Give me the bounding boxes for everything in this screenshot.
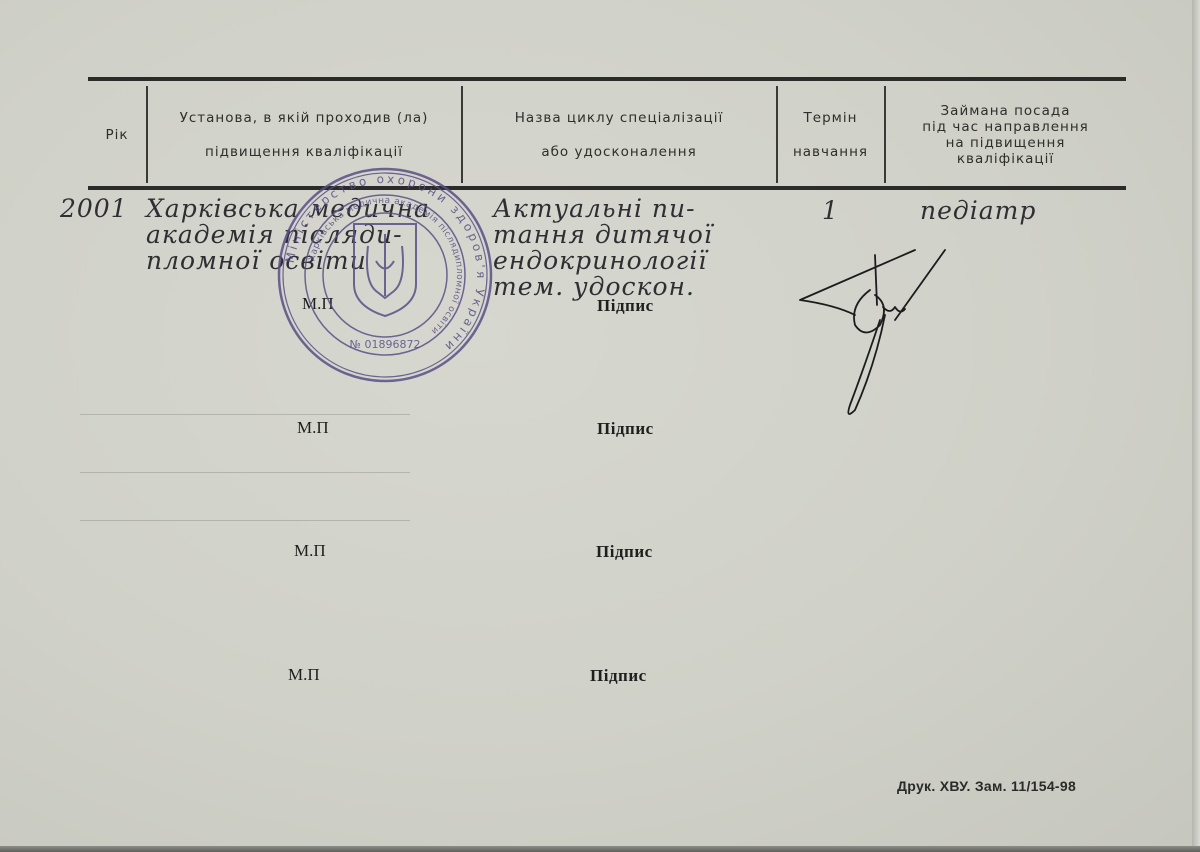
header-position-line4: кваліфікації <box>957 151 1054 167</box>
table-bottom-rule <box>88 186 1126 190</box>
header-year: Рік <box>88 86 146 183</box>
header-cycle: Назва циклу спеціалізації або удосконале… <box>462 86 776 183</box>
header-duration-line2: навчання <box>793 144 868 160</box>
signature-label: Підпис <box>590 666 647 686</box>
handwritten-signature-icon <box>795 245 955 425</box>
row-cycle-line2: тання дитячої <box>493 222 713 248</box>
header-cycle-line1: Назва циклу спеціалізації <box>515 110 723 126</box>
row-position: педіатр <box>920 198 1036 224</box>
show-through-line <box>80 472 410 473</box>
header-position: Займана посада під час направлення на пі… <box>885 86 1126 183</box>
header-duration: Термін навчання <box>777 86 884 183</box>
row-year: 2001 <box>60 196 128 222</box>
signature-label: Підпис <box>596 542 653 562</box>
header-position-line3: на підвищення <box>946 135 1066 151</box>
signature-label: Підпис <box>597 296 654 316</box>
row-cycle-line4: тем. удоскон. <box>493 274 695 300</box>
signature-label: Підпис <box>597 419 654 439</box>
seal-placeholder-label: М.П <box>294 541 326 561</box>
table-top-rule <box>88 77 1126 81</box>
show-through-line <box>80 414 410 415</box>
header-position-line2: під час направлення <box>922 119 1089 135</box>
row-duration: 1 <box>822 198 839 224</box>
header-institution-line2: підвищення кваліфікації <box>205 144 403 160</box>
header-cycle-line2: або удосконалення <box>541 144 696 160</box>
header-position-line1: Займана посада <box>941 103 1071 119</box>
show-through-line <box>80 520 410 521</box>
row-cycle-line1: Актуальні пи- <box>493 196 696 222</box>
svg-text:№ 01896872: № 01896872 <box>350 338 421 351</box>
header-duration-line1: Термін <box>804 110 858 126</box>
seal-placeholder-label: М.П <box>297 418 329 438</box>
header-institution-line1: Установа, в якій проходив (ла) <box>180 110 429 126</box>
page-edge-bottom <box>0 846 1200 852</box>
seal-placeholder-label: М.П <box>288 665 320 685</box>
official-stamp-icon: Міністерство охорони здоров'я України Ха… <box>276 166 494 384</box>
print-info: Друк. ХВУ. Зам. 11/154-98 <box>897 778 1076 794</box>
row-cycle-line3: ендокринології <box>493 248 707 274</box>
header-year-text: Рік <box>105 127 128 143</box>
page-edge <box>1192 0 1200 852</box>
